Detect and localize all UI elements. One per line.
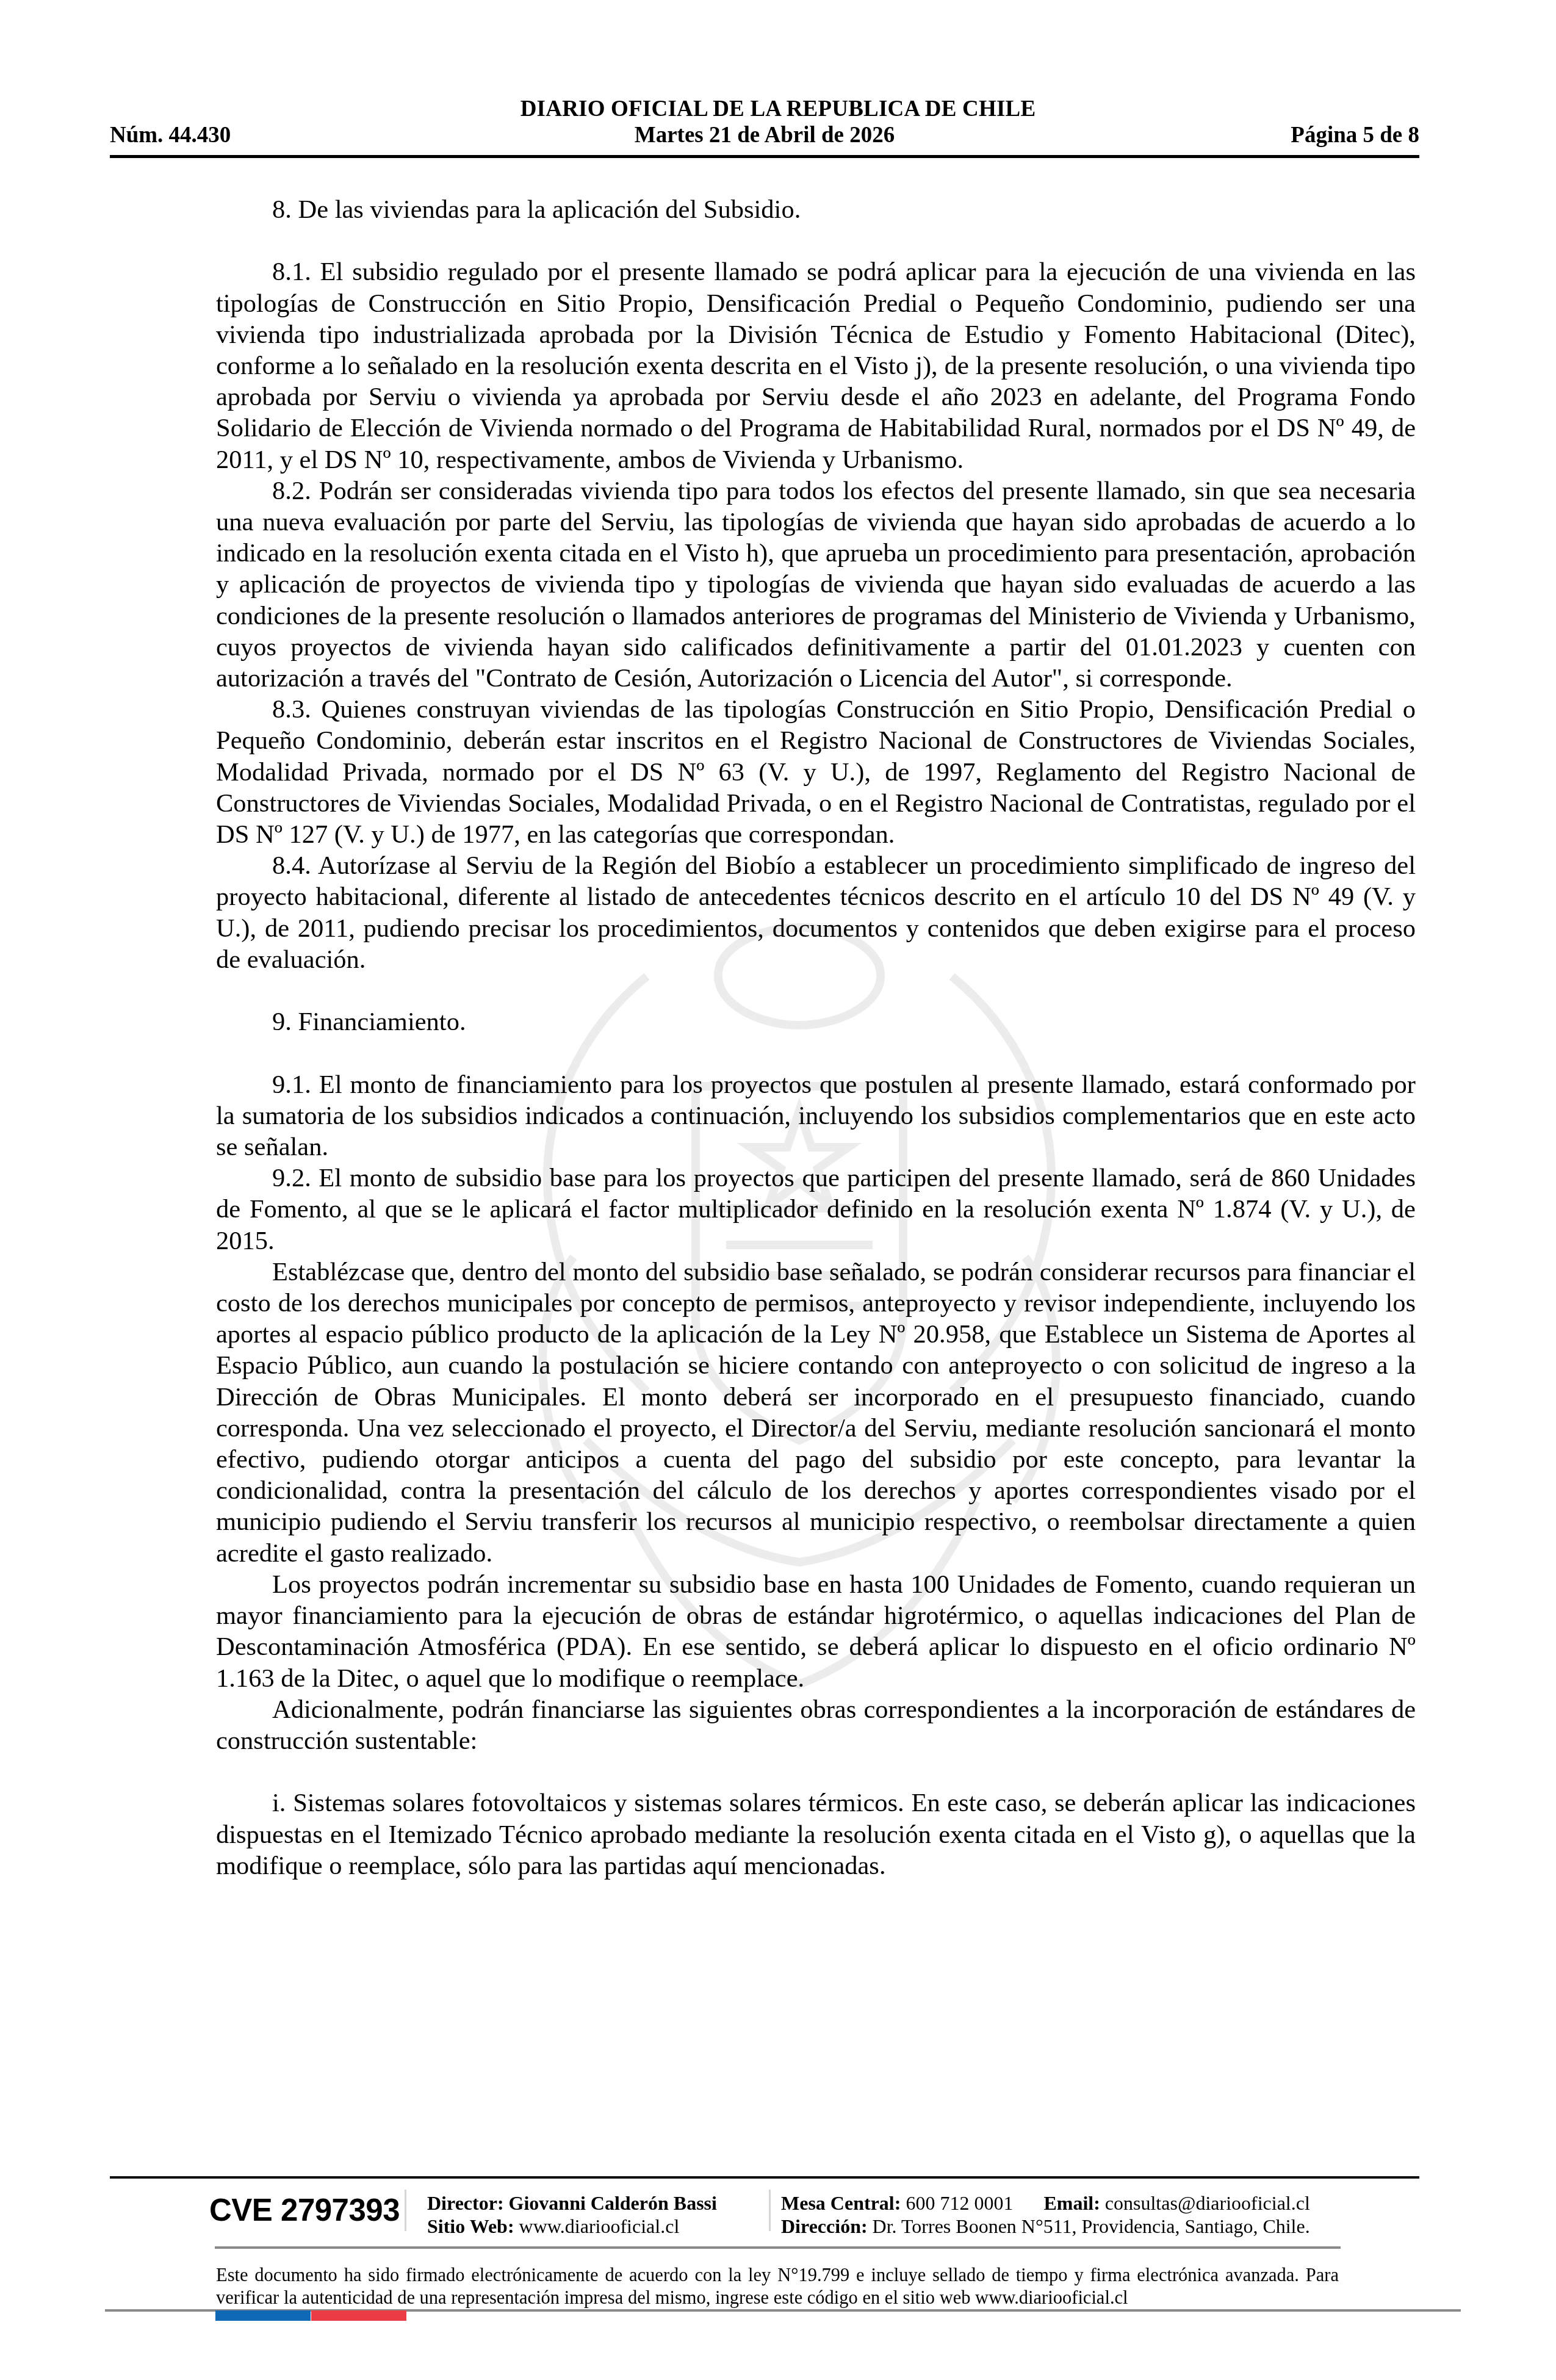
footer-separator [405, 2190, 406, 2231]
cve-code: CVE 2797393 [209, 2192, 400, 2228]
paragraph-8-3: 8.3. Quienes construyan viviendas de las… [216, 694, 1416, 850]
paragraph-8-1: 8.1. El subsidio regulado por el present… [216, 256, 1416, 475]
paragraph-9-1: 9.1. El monto de financiamiento para los… [216, 1069, 1416, 1163]
spacer [216, 975, 1416, 1006]
address-label: Dirección: [781, 2215, 868, 2237]
footer-director-block: Director: Giovanni Calderón Bassi Sitio … [427, 2191, 717, 2238]
address-text: Dr. Torres Boonen N°511, Providencia, Sa… [873, 2215, 1310, 2237]
paragraph-incremento-subsidio: Los proyectos podrán incrementar su subs… [216, 1569, 1416, 1694]
header-row: Núm. 44.430 Martes 21 de Abril de 2026 P… [110, 122, 1419, 149]
spacer [216, 1037, 1416, 1069]
phone-label: Mesa Central: [781, 2192, 901, 2214]
email-label: Email: [1043, 2192, 1100, 2214]
publication-title: DIARIO OFICIAL DE LA REPUBLICA DE CHILE [0, 96, 1556, 122]
website-link[interactable]: www.diariooficial.cl [519, 2215, 680, 2237]
issue-date: Martes 21 de Abril de 2026 [110, 122, 1419, 148]
paragraph-establezcase: Establézcase que, dentro del monto del s… [216, 1257, 1416, 1569]
section-heading-8: 8. De las viviendas para la aplicación d… [216, 194, 1416, 225]
footer-divider-middle [215, 2246, 1341, 2249]
flag-stripe-red [311, 2310, 406, 2321]
footer-divider-top [110, 2176, 1419, 2179]
paragraph-8-2: 8.2. Podrán ser consideradas vivienda ti… [216, 475, 1416, 694]
header-divider [110, 155, 1419, 158]
flag-stripe-blue [215, 2310, 311, 2321]
electronic-signature-note: Este documento ha sido firmado electróni… [216, 2264, 1339, 2309]
document-body: 8. De las viviendas para la aplicación d… [216, 194, 1416, 1881]
phone-number: 600 712 0001 [906, 2192, 1013, 2214]
paragraph-9-2: 9.2. El monto de subsidio base para los … [216, 1163, 1416, 1257]
website-label: Sitio Web: [427, 2215, 514, 2237]
email-link[interactable]: consultas@diariooficial.cl [1105, 2192, 1310, 2214]
spacer [216, 225, 1416, 256]
director-name: Giovanni Calderón Bassi [509, 2192, 717, 2214]
director-label: Director: [427, 2192, 504, 2214]
paragraph-adicionalmente: Adicionalmente, podrán financiarse las s… [216, 1694, 1416, 1756]
spacer [216, 1756, 1416, 1787]
list-item-i: i. Sistemas solares fotovoltaicos y sist… [216, 1787, 1416, 1881]
paragraph-8-4: 8.4. Autorízase al Serviu de la Región d… [216, 850, 1416, 975]
page-indicator: Página 5 de 8 [1291, 122, 1419, 148]
footer-separator [769, 2190, 771, 2231]
section-heading-9: 9. Financiamiento. [216, 1006, 1416, 1037]
footer-contact-block: Mesa Central: 600 712 0001 Email: consul… [781, 2191, 1310, 2238]
